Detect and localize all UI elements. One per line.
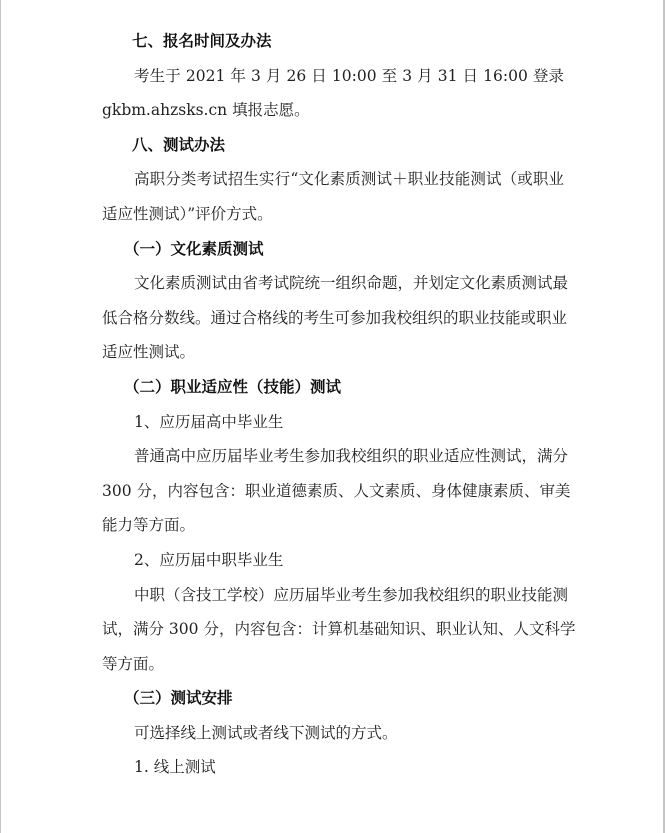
subheading-vocational-test: （二）职业适应性（技能）测试 [102,370,564,405]
document-page: 七、报名时间及办法 考生于 2021 年 3 月 26 日 10:00 至 3 … [0,0,665,833]
paragraph-line: 文化素质测试由省考试院统一组织命题，并划定文化素质测试最 [102,266,564,301]
paragraph-line: 能力等方面。 [102,508,564,543]
section-heading-test-method: 八、测试办法 [102,128,564,163]
paragraph-line: 低合格分数线。通过合格线的考生可参加我校组织的职业技能或职业 [102,301,564,336]
subheading-culture-test: （一）文化素质测试 [102,232,564,267]
list-item-vocational-school: 2、应历届中职毕业生 [102,543,564,578]
paragraph-line: 中职（含技工学校）应历届毕业考生参加我校组织的职业技能测 [102,578,564,613]
paragraph-line: 试，满分 300 分，内容包含：计算机基础知识、职业认知、人文科学 [102,612,564,647]
paragraph-line: 高职分类考试招生实行“文化素质测试＋职业技能测试（或职业 [102,162,564,197]
paragraph-line: 考生于 2021 年 3 月 26 日 10:00 至 3 月 31 日 16:… [102,59,564,94]
section-heading-registration: 七、报名时间及办法 [102,24,564,59]
list-item-high-school: 1、应历届高中毕业生 [102,405,564,440]
document-content: 七、报名时间及办法 考生于 2021 年 3 月 26 日 10:00 至 3 … [102,24,564,785]
paragraph-line: gkbm.ahzsks.cn 填报志愿。 [102,93,564,128]
list-item-online-test: 1. 线上测试 [102,750,564,785]
subheading-test-arrangement: （三）测试安排 [102,681,564,716]
paragraph-line: 可选择线上测试或者线下测试的方式。 [102,716,564,751]
paragraph-line: 等方面。 [102,647,564,682]
paragraph-line: 适应性测试）”评价方式。 [102,197,564,232]
paragraph-line: 普通高中应历届毕业考生参加我校组织的职业适应性测试，满分 [102,439,564,474]
paragraph-line: 300 分，内容包含：职业道德素质、人文素质、身体健康素质、审美 [102,474,564,509]
paragraph-line: 适应性测试。 [102,335,564,370]
